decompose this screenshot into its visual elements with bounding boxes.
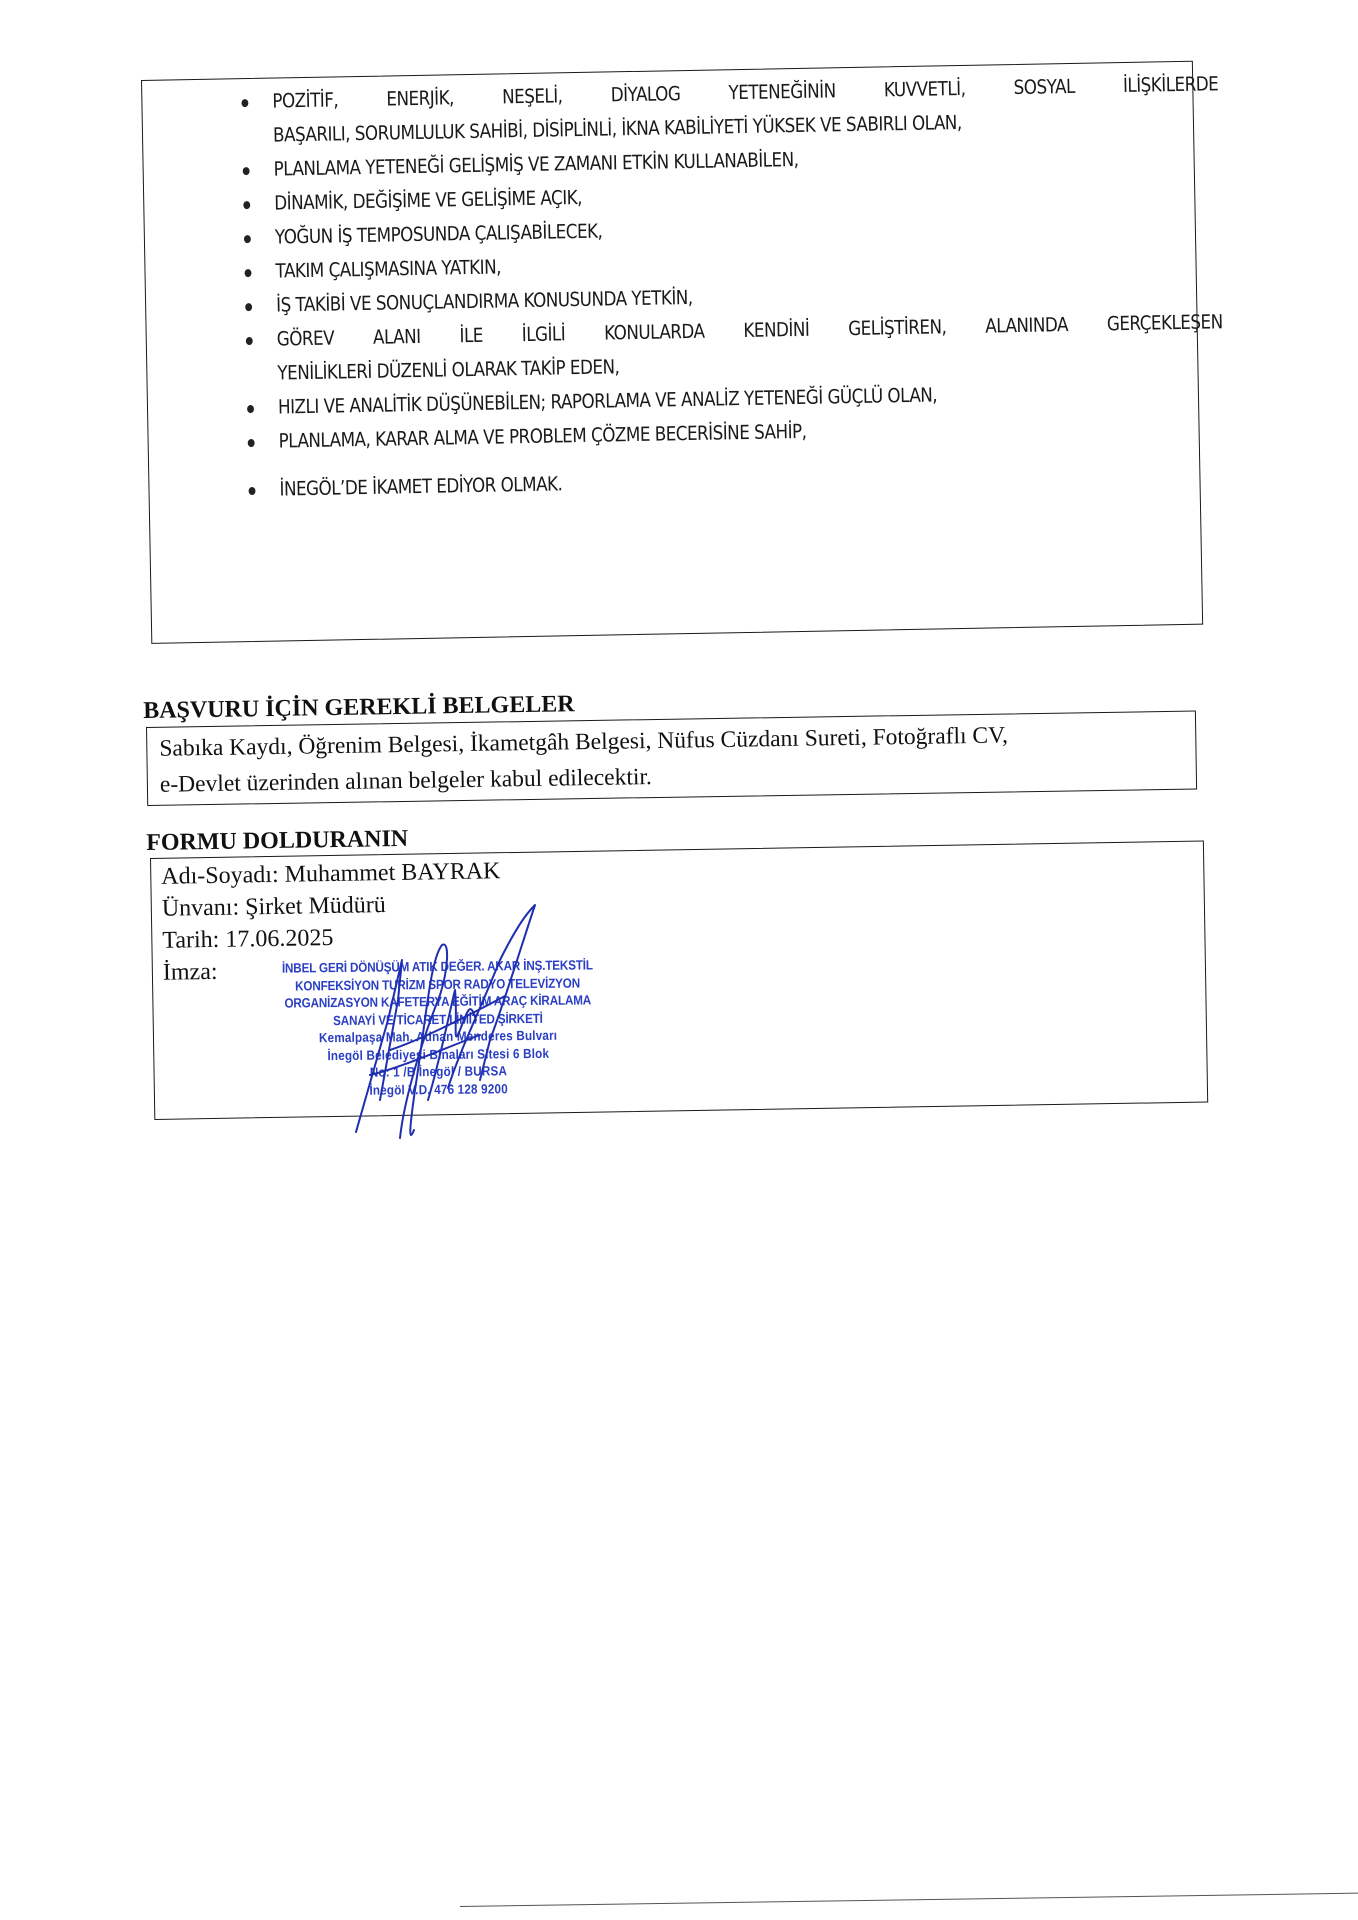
list-item-text: YENİLİKLERİ DÜZENLİ OLARAK TAKİP EDEN, — [277, 355, 619, 384]
list-item-text: PLANLAMA, KARAR ALMA VE PROBLEM ÇÖZME BE… — [278, 420, 806, 453]
list-item-text: İŞ TAKİBİ VE SONUÇLANDIRMA KONUSUNDA YET… — [276, 286, 693, 317]
stamp-line: İnegöl V.D. 476 128 9200 — [280, 1079, 597, 1100]
bullet-icon — [244, 235, 251, 243]
requirements-box: POZİTİF, ENERJİK, NEŞELİ, DİYALOG YETENE… — [141, 61, 1203, 644]
list-item-text: PLANLAMA YETENEĞİ GELİŞMİŞ VE ZAMANI ETK… — [273, 148, 798, 181]
title-value: Şirket Müdürü — [245, 892, 386, 920]
requirements-list: POZİTİF, ENERJİK, NEŞELİ, DİYALOG YETENE… — [272, 67, 1226, 506]
bullet-icon — [248, 439, 255, 447]
name-label: Adı-Soyadı: — [161, 862, 279, 890]
bullet-icon — [249, 487, 256, 495]
bullet-icon — [243, 201, 250, 209]
list-item-text: YOĞUN İŞ TEMPOSUNDA ÇALIŞABİLECEK, — [275, 220, 603, 249]
required-documents-box: Sabıka Kaydı, Öğrenim Belgesi, İkametgâh… — [146, 711, 1197, 806]
title-label: Ünvanı: — [162, 895, 240, 922]
bullet-icon — [241, 99, 248, 107]
date-label: Tarih: — [162, 927, 219, 954]
stamp-line: ORGANİZASYON KAFETERYA EĞİTİM ARAÇ KİRAL… — [279, 991, 596, 1012]
list-item-text: DİNAMİK, DEĞİŞİME VE GELİŞİME AÇIK, — [274, 186, 582, 215]
list-item-text: İNEGÖL’DE İKAMET EDİYOR OLMAK. — [279, 472, 562, 500]
list-item: İNEGÖL’DE İKAMET EDİYOR OLMAK. — [279, 455, 1225, 506]
signature-label: İmza: — [163, 959, 218, 986]
bullet-icon — [243, 167, 250, 175]
bullet-icon — [247, 405, 254, 413]
date-value: 17.06.2025 — [225, 925, 333, 953]
required-documents-text: Sabıka Kaydı, Öğrenim Belgesi, İkametgâh… — [159, 717, 1009, 802]
name-value: Muhammet BAYRAK — [284, 858, 500, 888]
bullet-icon — [245, 269, 252, 277]
bullet-icon — [245, 303, 252, 311]
stamp-line: Kemalpaşa Mah. Adnan Menderes Bulvarı — [280, 1026, 597, 1047]
list-item-text: TAKIM ÇALIŞMASINA YATKIN, — [275, 255, 501, 282]
company-stamp: İNBEL GERİ DÖNÜŞÜM ATIK DEĞER. AKAR İNŞ.… — [279, 956, 597, 1099]
bullet-icon — [246, 337, 253, 345]
page-edge-divider — [460, 1892, 1358, 1907]
name-field: Adı-Soyadı: Muhammet BAYRAK — [161, 855, 501, 893]
required-documents-heading: BAŞVURU İÇİN GEREKLİ BELGELER — [143, 691, 575, 725]
form-filler-heading: FORMU DOLDURANIN — [146, 826, 408, 857]
